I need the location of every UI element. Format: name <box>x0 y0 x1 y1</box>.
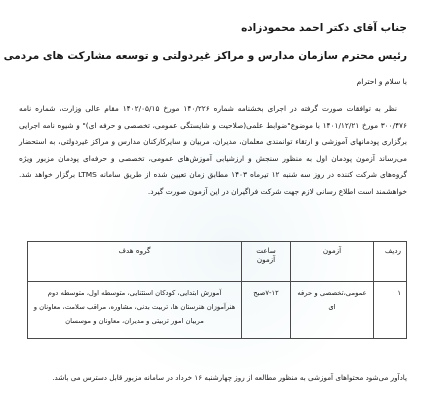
exam-schedule-table: ردیف آزمون ساعت آزمون گروه هدف ۱ عمومی،ت… <box>27 241 407 339</box>
cell-exam: عمومی،تخصصی و حرفه ای <box>291 282 374 339</box>
recipient-title: رئیس محترم سازمان مدارس و مراکز غیردولتی… <box>0 50 407 62</box>
cell-exam-time: ۷-۱۲صبح <box>242 282 291 339</box>
cell-target-group: آموزش ابتدایی، کودکان استثنایی، متوسطه ا… <box>28 282 242 339</box>
header-exam: آزمون <box>291 242 374 282</box>
letter-document: جناب آقای دکتر احمد محمودزاده رئیس محترم… <box>0 0 427 400</box>
header-exam-time: ساعت آزمون <box>242 242 291 282</box>
cell-row-number: ۱ <box>374 282 407 339</box>
header-target-group: گروه هدف <box>28 242 242 282</box>
table-header-row: ردیف آزمون ساعت آزمون گروه هدف <box>28 242 407 282</box>
footer-note: یادآور می‌شود محتواهای آموزشی به منظور م… <box>52 373 407 382</box>
greeting: با سلام و احترام <box>357 77 407 86</box>
table-row: ۱ عمومی،تخصصی و حرفه ای ۷-۱۲صبح آموزش اب… <box>28 282 407 339</box>
recipient-name: جناب آقای دکتر احمد محمودزاده <box>241 22 407 34</box>
header-row-number: ردیف <box>374 242 407 282</box>
letter-body: نظر به توافقات صورت گرفته در اجرای بخشنا… <box>19 101 407 201</box>
